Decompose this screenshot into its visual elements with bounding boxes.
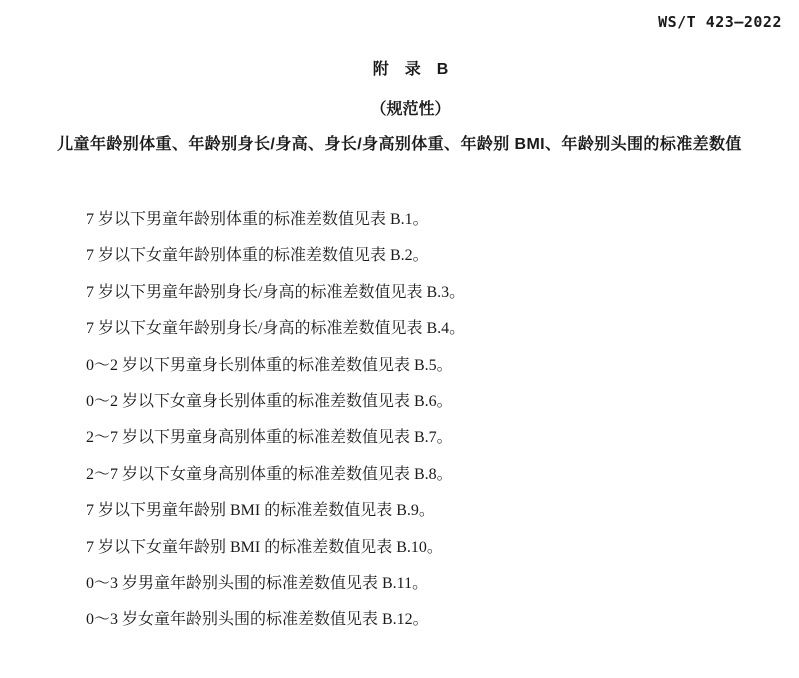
paragraph-line: 7 岁以下女童年龄别体重的标准差数值见表 B.2。: [86, 238, 769, 274]
paragraph-line: 7 岁以下男童年龄别 BMI 的标准差数值见表 B.9。: [86, 493, 769, 529]
appendix-heading: 附 录 B: [0, 56, 799, 79]
paragraph-line: 2～7 岁以下女童身高别体重的标准差数值见表 B.8。: [86, 457, 769, 493]
paragraph-line: 0～2 岁以下女童身长别体重的标准差数值见表 B.6。: [86, 384, 769, 420]
paragraph-line: 0～3 岁女童年龄别头围的标准差数值见表 B.12。: [86, 602, 769, 638]
document-page: WS/T 423—2022 附 录 B （规范性） 儿童年龄别体重、年龄别身长/…: [0, 0, 799, 678]
paragraph-line: 7 岁以下女童年龄别 BMI 的标准差数值见表 B.10。: [86, 530, 769, 566]
paragraph-line: 2～7 岁以下男童身高别体重的标准差数值见表 B.7。: [86, 420, 769, 456]
paragraph-line: 0～3 岁男童年龄别头围的标准差数值见表 B.11。: [86, 566, 769, 602]
appendix-title: 儿童年龄别体重、年龄别身长/身高、身长/身高别体重、年龄别 BMI、年龄别头围的…: [0, 131, 799, 154]
paragraph-line: 7 岁以下男童年龄别身长/身高的标准差数值见表 B.3。: [86, 275, 769, 311]
paragraph-line: 7 岁以下男童年龄别体重的标准差数值见表 B.1。: [86, 202, 769, 238]
paragraph-line: 7 岁以下女童年龄别身长/身高的标准差数值见表 B.4。: [86, 311, 769, 347]
appendix-normative-label: （规范性）: [0, 96, 799, 119]
paragraph-list: 7 岁以下男童年龄别体重的标准差数值见表 B.1。 7 岁以下女童年龄别体重的标…: [86, 202, 769, 639]
standard-number: WS/T 423—2022: [658, 13, 782, 31]
paragraph-line: 0～2 岁以下男童身长别体重的标准差数值见表 B.5。: [86, 348, 769, 384]
